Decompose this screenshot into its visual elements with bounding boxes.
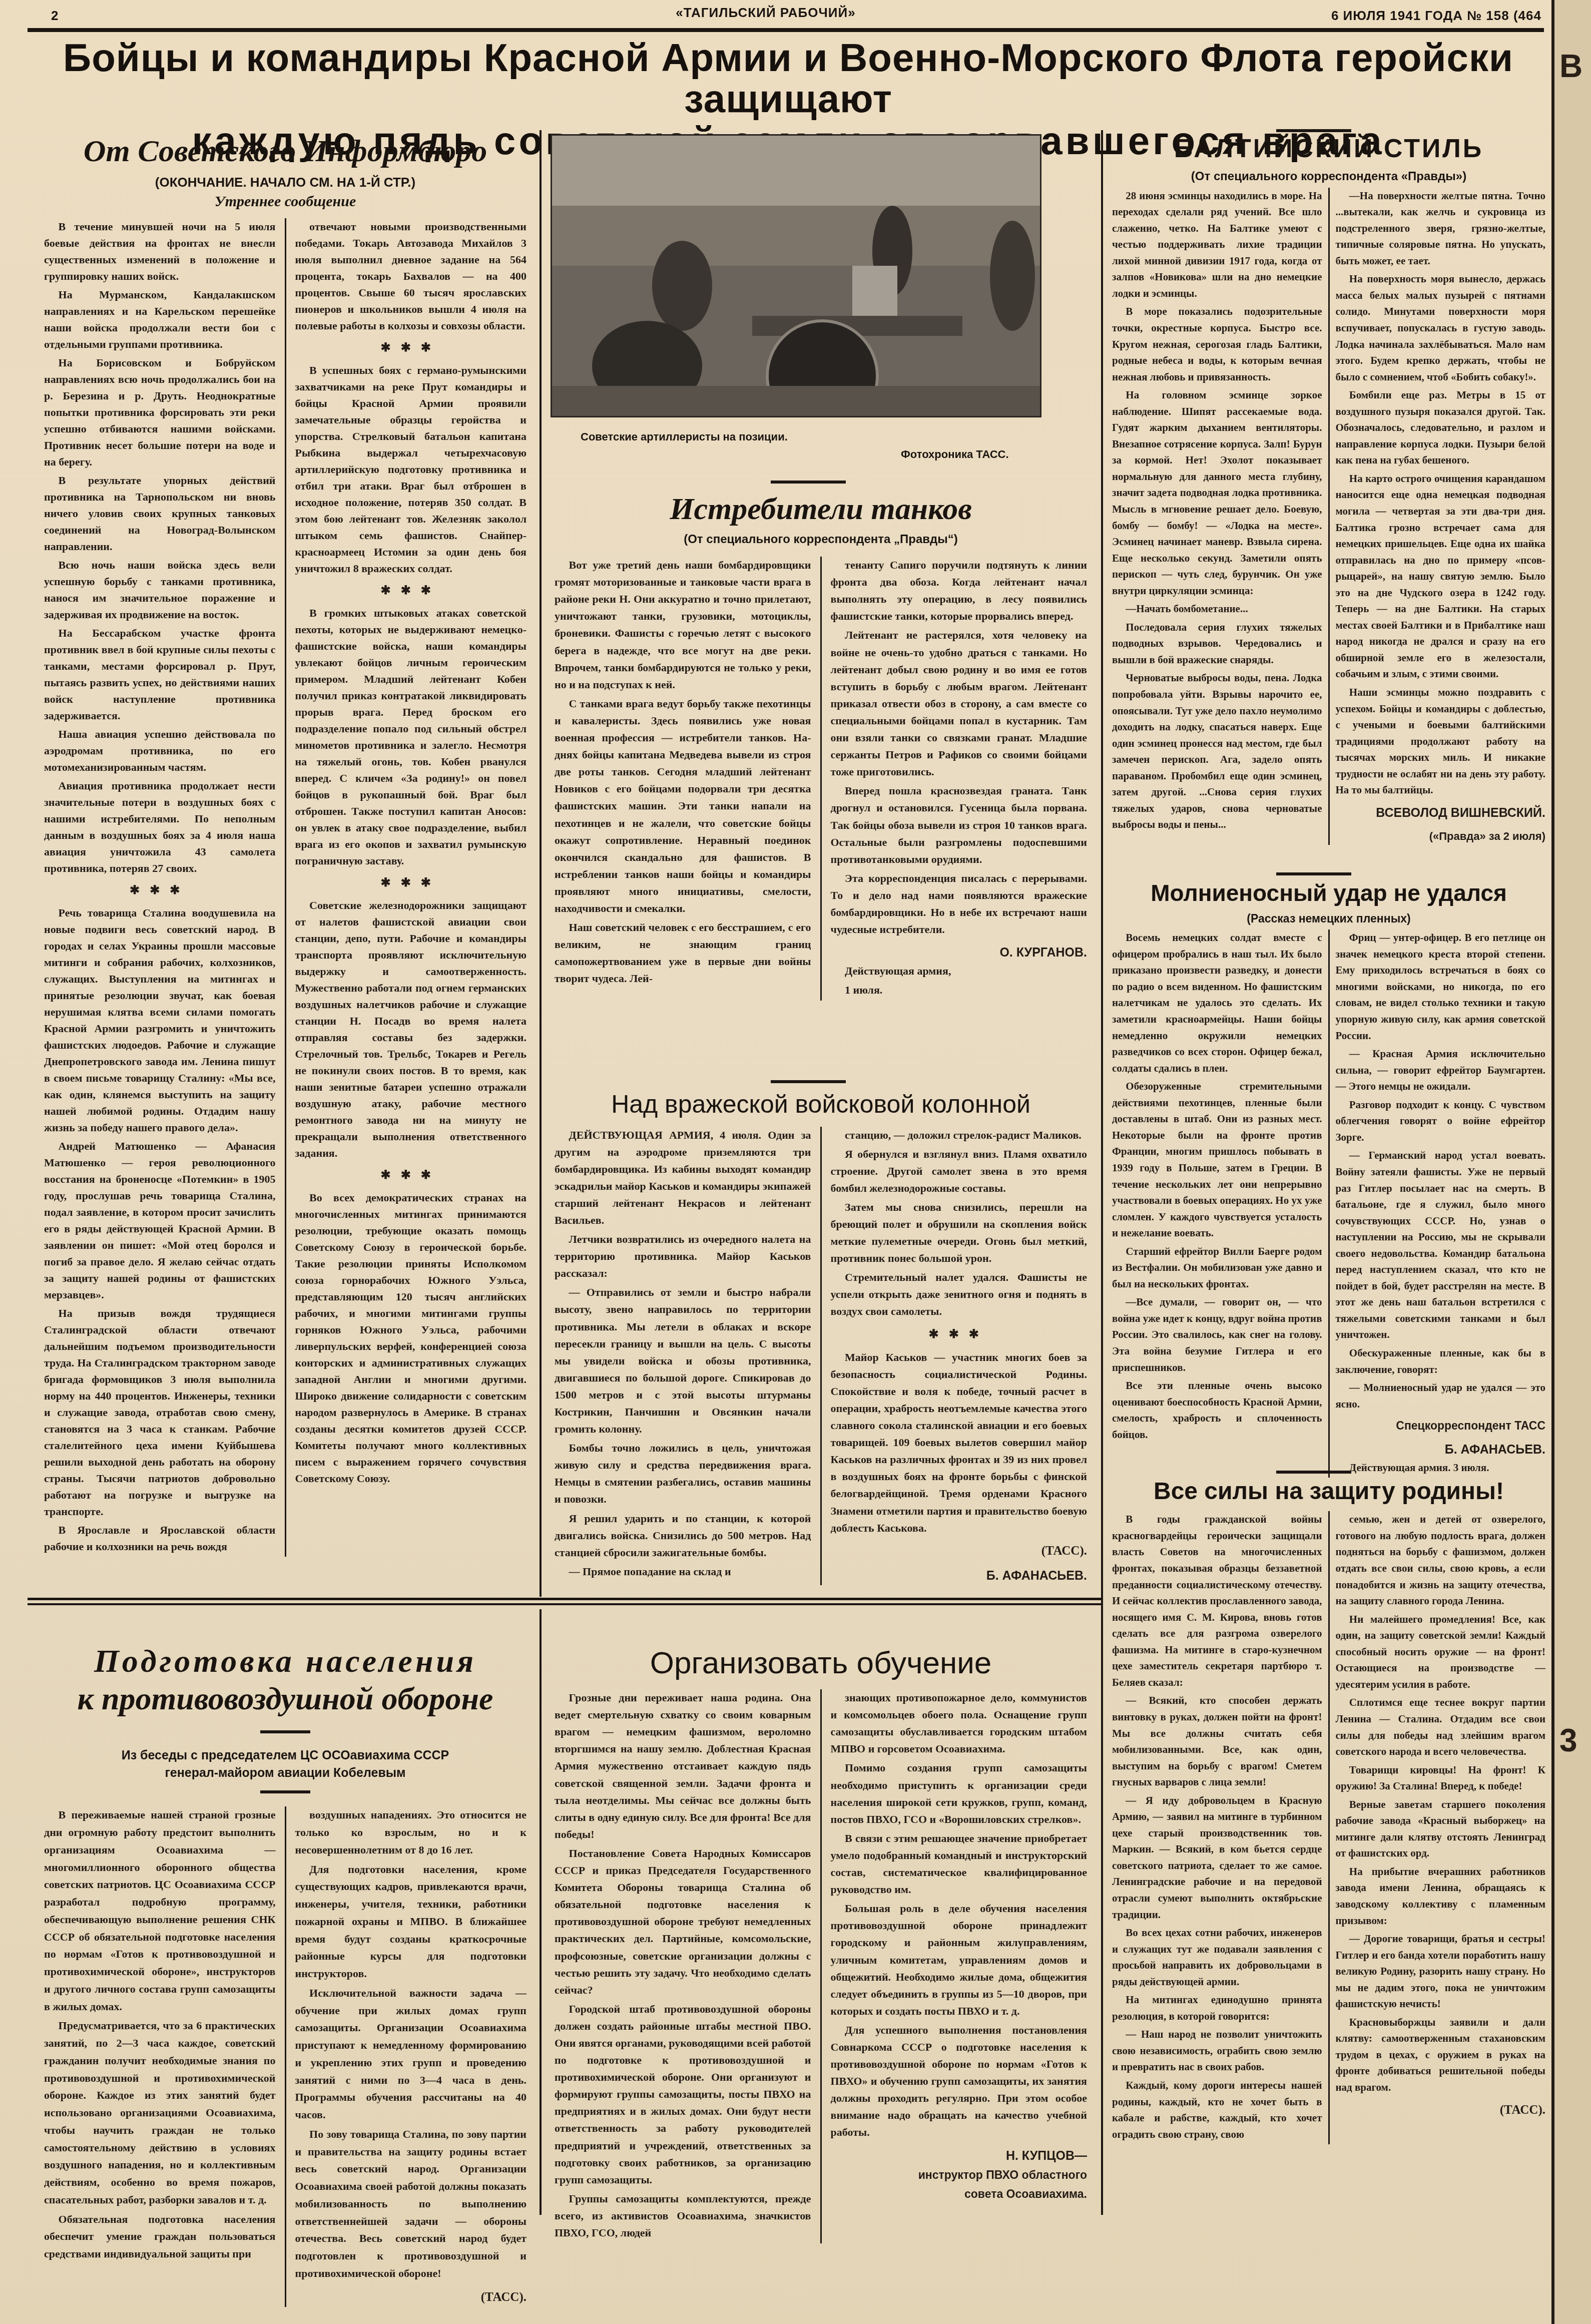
paragraph: семью, жен и детей от озверелого, готово… [1336,1511,1546,1609]
photo-credit: Фотохроника ТАСС. [901,448,1009,461]
paragraph: На митингах единодушно принята резолюция… [1112,1992,1322,2024]
article-tank-destroyers: Истребители танков (От специального корр… [546,493,1096,1001]
paragraph: — Я иду добровольцем в Красную Армию, — … [1112,1792,1322,1923]
paragraph: Во всех цехах сотни рабочих, инженеров и… [1112,1925,1322,1990]
article-title: Над вражеской войсковой колонной [546,1091,1096,1118]
separator-stars: ✱✱✱ [44,881,276,899]
photo-artillery [551,134,1041,417]
short-rule [260,1730,310,1733]
column-divider [540,1609,542,2215]
section-rule [28,1598,1101,1600]
column-divider [1101,1477,1103,2215]
article-title-line-1: Подготовка населения [35,1644,536,1678]
edge-fragment: В [1559,48,1582,85]
separator-stars: ✱✱✱ [295,339,527,357]
paragraph: Я решил ударить и по станции, к которой … [555,1510,811,1561]
article-subtitle: (ОКОНЧАНИЕ. НАЧАЛО СМ. НА 1-Й СТР.) [35,175,536,190]
paragraph: На карто острого очищения карандашом нан… [1336,471,1546,682]
article-subtitle: (От специального корреспондента „Правды“… [546,533,1096,547]
article-enemy-column: Над вражеской войсковой колонной ДЕЙСТВУ… [546,1091,1096,1585]
paragraph: Наша авиация успешно действовала по аэро… [44,726,276,775]
paragraph: Майор Каськов — участник многих боев за … [831,1349,1088,1537]
paragraph: В громких штыковых атаках советской пехо… [295,605,527,869]
article-subtitle-line-2: генерал-майором авиации Кобелевым [35,1766,536,1780]
source-credit: (ТАСС). [831,1542,1088,1561]
paragraph: станцию, — доложил стрелок-радист Малико… [831,1127,1088,1144]
author-role-line-1: инструктор ПВХО областного [831,2166,1088,2184]
article-subtitle: (От специального корреспондента «Правды»… [1106,170,1551,184]
paragraph: Постановление Совета Народных Комиссаров… [555,1845,811,1999]
paragraph: Речь товарища Сталина воодушевила на нов… [44,904,276,1136]
paragraph: тенанту Сапиго поручили подтянуть к лини… [831,557,1088,625]
article-title-line-2: к противовоздушной обороне [35,1682,536,1715]
author-signature: О. КУРГАНОВ. [831,943,1088,963]
paragraph: — Всякий, кто способен держать винтовку … [1112,1692,1322,1790]
paragraph: В течение минувшей ночи на 5 июля боевые… [44,218,276,284]
article-organize-training: Организовать обучение Грозные дни пережи… [546,1647,1096,2243]
paragraph: На поверхность моря вынесло, держась мас… [1336,271,1546,385]
paragraph: — Отправились от земли и быстро набрали … [555,1284,811,1438]
paragraph: Верные заветам старшего поколения рабочи… [1336,1796,1546,1862]
paragraph: Бомбы точно ложились в цель, уничтожая ж… [555,1440,811,1508]
article-subtitle: (Рассказ немецких пленных) [1106,912,1551,925]
short-rule [771,1080,846,1083]
paragraph: В результате упорных действий противника… [44,472,276,555]
author-signature: Б. АФАНАСЬЕВ. [1336,1440,1546,1460]
source-note: («Правда» за 2 июля) [1336,828,1546,845]
paragraph: Во всех демократических странах на много… [295,1189,527,1487]
paragraph: Группы самозащиты комплектуются, прежде … [555,2190,811,2241]
paragraph: —На поверхности желтые пятна. Точно ...в… [1336,188,1546,269]
paragraph: Андрей Матюшенко — Афанасия Матюшенко — … [44,1138,276,1303]
paragraph: Городской штаб противовоздушной обороны … [555,2001,811,2188]
paragraph: Большая роль в деле обучения населения п… [831,1900,1088,2020]
article-all-forces: Все силы на защиту родины! В годы гражда… [1106,1479,1551,2144]
author-signature: ВСЕВОЛОД ВИШНЕВСКИЙ. [1336,803,1546,823]
paragraph: знающих противопожарное дело, коммунисто… [831,1689,1088,1757]
paragraph: 28 июня эсминцы находились в море. На пе… [1112,188,1322,302]
paragraph: воздушных нападениях. Это относится не т… [295,1806,527,1858]
artillery-photo-image [552,136,1040,416]
column-divider [1101,130,1103,1597]
paragraph: ДЕЙСТВУЮЩАЯ АРМИЯ, 4 июля. Один за други… [555,1127,811,1229]
article-title: Все силы на защиту родины! [1106,1479,1551,1504]
paragraph: Красновыборжцы заявили и дали клятву: са… [1336,2014,1546,2096]
banner-line-1: Бойцы и командиры Красной Армии и Военно… [30,38,1546,120]
paragraph: Советские железнодорожники защищают от н… [295,897,527,1161]
source-credit: (ТАСС). [1336,2101,1546,2120]
article-title: Молниеносный удар не удался [1106,881,1551,905]
paragraph: Старший ефрейтор Вилли Баерге родом из В… [1112,1243,1322,1292]
article-baltic-style: БАЛТИЙСКИЙ СТИЛЬ (От специального коррес… [1106,135,1551,845]
author-role: Спецкорреспондент ТАСС [1336,1417,1546,1435]
paragraph: На головном эсминце зоркое наблюдение. Ш… [1112,387,1322,599]
issue-date: 6 ИЮЛЯ 1941 ГОДА № 158 (464 [1331,8,1541,24]
paragraph: В переживаемые нашей страной грозные дни… [44,1806,276,2015]
paragraph: По зову товарища Сталина, по зову партии… [295,2126,527,2282]
photo-caption: Советские артиллеристы на позиции. [581,430,788,443]
paragraph: Восемь немецких солдат вместе с офицером… [1112,929,1322,1076]
dateline: Действующая армия. 3 июля. [1336,1460,1546,1476]
paragraph: На Бессарабском участке фронта противник… [44,625,276,724]
paragraph: На Мурманском, Кандалакшском направления… [44,286,276,352]
paragraph: Лейтенант не растерялся, хотя человеку н… [831,627,1088,780]
paragraph: В море показались подозрительные точки, … [1112,303,1322,385]
paragraph: Вот уже третий день наши бомбардировщики… [555,557,811,693]
dateline-date: 1 июля. [831,982,1088,999]
paragraph: — Прямое попадание на склад и [555,1563,811,1580]
paragraph: С танками врага ведут борьбу также пехот… [555,695,811,917]
paragraph: Исключительной важности задача — обучени… [295,1985,527,2124]
paragraph: Стремительный налет удался. Фашисты не у… [831,1269,1088,1320]
article-title: Истребители танков [546,493,1096,526]
paragraph: Обескураженные пленные, как бы в заключе… [1336,1345,1546,1377]
author-role-line-2: совета Осоавиахима. [831,2185,1088,2203]
paragraph: Обязательная подготовка населения обеспе… [44,2211,276,2263]
separator-stars: ✱✱✱ [295,582,527,600]
masthead: 2 «ТАГИЛЬСКИЙ РАБОЧИЙ» 6 ИЮЛЯ 1941 ГОДА … [30,0,1546,30]
dateline-place: Действующая армия, [831,963,1088,980]
paragraph: В годы гражданской войны красногвардейцы… [1112,1511,1322,1690]
paragraph: Эта корреспонденция писалась с перерывам… [831,870,1088,938]
paragraph: — Молниеносный удар не удался — это ясно… [1336,1379,1546,1412]
paragraph: — Красная Армия исключительно сильна, — … [1336,1046,1546,1095]
paragraph: Грозные дни переживает наша родина. Она … [555,1689,811,1843]
article-blitz-failed: Молниеносный удар не удался (Рассказ нем… [1106,881,1551,1478]
paragraph: Ни малейшего промедления! Все, как один,… [1336,1611,1546,1693]
article-air-defense: Подготовка населения к противовоздушной … [35,1644,536,2307]
paragraph: Обезоруженные стремительными действиями … [1112,1078,1322,1241]
paragraph: отвечают новыми производственными победа… [295,218,527,334]
paragraph: Бомбили еще раз. Метры в 15 от воздушног… [1336,387,1546,469]
section-rule [28,1603,1101,1605]
short-rule [1276,129,1351,132]
paragraph: — Германский народ устал воевать. Войну … [1336,1147,1546,1343]
paragraph: Предусматривается, что за 6 практических… [44,2017,276,2208]
separator-stars: ✱✱✱ [295,1166,527,1184]
paragraph: Для подготовки населения, кроме существу… [295,1861,527,1983]
paragraph: Сплотимся еще теснее вокруг партии Ленин… [1336,1694,1546,1759]
paragraph: Затем мы снова снизились, перешли на бре… [831,1199,1088,1267]
paragraph: Вперед пошла краснозвездая граната. Танк… [831,782,1088,867]
article-title: БАЛТИЙСКИЙ СТИЛЬ [1106,135,1551,163]
author-signature: Н. КУПЦОВ— [831,2146,1088,2166]
author-signature: Б. АФАНАСЬЕВ. [831,1566,1088,1586]
edge-fragment: 3 [1559,1722,1577,1759]
article-subtitle-line-1: Из беседы с председателем ЦС ОСОавиахима… [35,1748,536,1763]
separator-stars: ✱✱✱ [831,1325,1088,1344]
paragraph: На прибытие вчерашних работников завода … [1336,1864,1546,1929]
source-credit: (ТАСС). [295,2287,527,2307]
paragraph: На призыв вождя трудящиеся Сталинградско… [44,1305,276,1520]
paragraph: — Наш народ не позволит уничтожить свою … [1112,2026,1322,2075]
paragraph: —Начать бомбометание... [1112,601,1322,617]
separator-stars: ✱✱✱ [295,874,527,892]
paragraph: Летчики возвратились из очередного налет… [555,1231,811,1282]
paragraph: Товарищи кировцы! На фронт! К оружию! За… [1336,1762,1546,1794]
paper-name: «ТАГИЛЬСКИЙ РАБОЧИЙ» [676,5,855,21]
short-rule [1276,872,1351,875]
paragraph: Авиация противника продолжает нести знач… [44,777,276,876]
paragraph: Каждый, кому дороги интересы нашей родин… [1112,2077,1322,2142]
paragraph: Помимо создания групп самозащиты необход… [831,1759,1088,1827]
paragraph: Я обернулся и взглянул вниз. Пламя охват… [831,1146,1088,1197]
short-rule [260,1790,310,1793]
paragraph: В Ярославле и Ярославской области рабочи… [44,1522,276,1555]
article-title: Организовать обучение [546,1647,1096,1679]
paragraph: В успешных боях с германо-румынскими зах… [295,362,527,577]
paragraph: Для успешного выполнения постановления С… [831,2022,1088,2141]
paragraph: Последовала серия глухих тяжелых подводн… [1112,619,1322,668]
section-title: Утреннее сообщение [35,193,536,210]
short-rule [1276,1471,1351,1474]
paragraph: В связи с этим решающее значение приобре… [831,1830,1088,1898]
article-title: От Советского Информбюро [35,135,536,168]
paragraph: Разговор подходит к концу. С чувством об… [1336,1097,1546,1146]
column-divider [540,130,542,1597]
article-sovinformburo: От Советского Информбюро (ОКОНЧАНИЕ. НАЧ… [35,135,536,1557]
page-number: 2 [51,8,58,24]
short-rule [771,481,846,484]
paragraph: Черноватые выбросы воды, пена. Лодка поп… [1112,670,1322,832]
paragraph: Все эти пленные очень высоко оценивают б… [1112,1377,1322,1443]
adjacent-page-edge: В 3 [1551,0,1591,2324]
paragraph: —Все думали, — говорит он, — что война у… [1112,1294,1322,1375]
paragraph: Всю ночь наши войска здесь вели успешную… [44,557,276,623]
paragraph: Наши эсминцы можно поздравить с успехом.… [1336,684,1546,798]
paragraph: Фриц — унтер-офицер. В его петлице он зн… [1336,929,1546,1044]
paragraph: Наш советский человек с его бесстрашием,… [555,919,811,987]
paragraph: На Борисовском и Бобруйском направлениях… [44,354,276,470]
paragraph: — Дорогие товарищи, братья и сестры! Гит… [1336,1931,1546,2012]
masthead-rule [28,28,1544,32]
